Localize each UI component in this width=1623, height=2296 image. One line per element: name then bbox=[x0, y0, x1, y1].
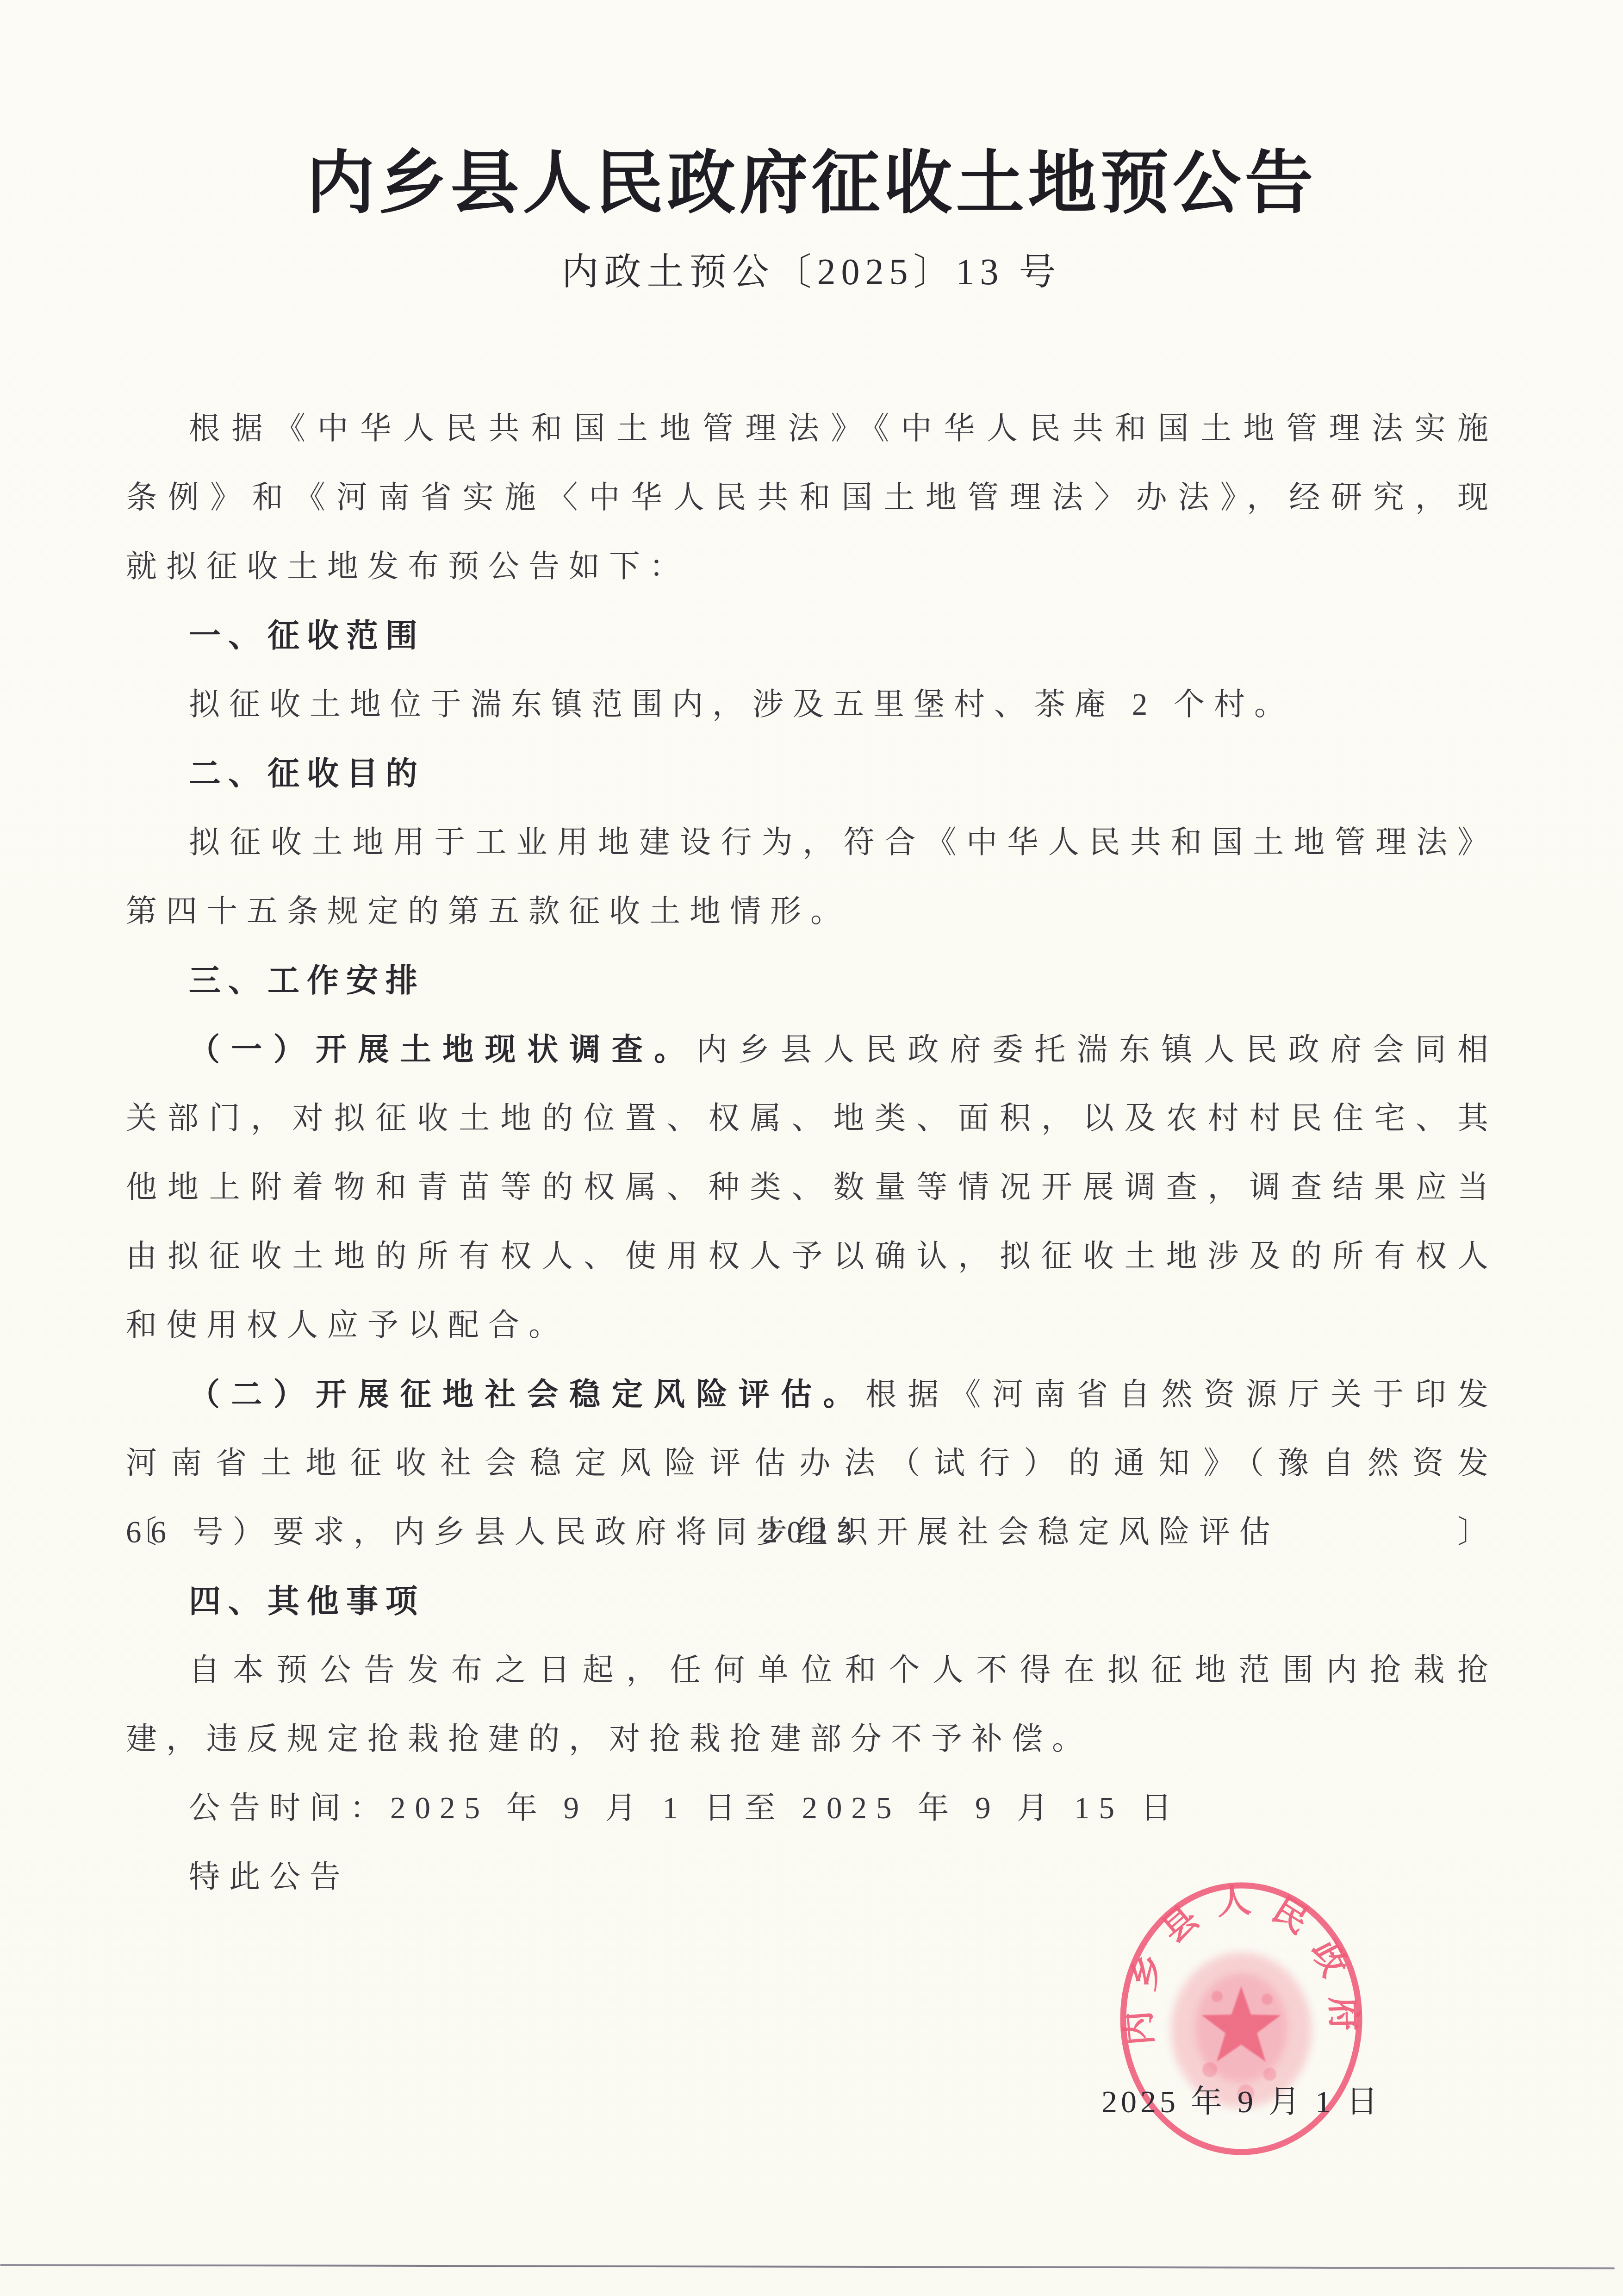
body-line: 由拟征收土地的所有权人、使用权人予以确认，拟征收土地涉及的所有权人 bbox=[126, 1222, 1498, 1291]
body-line-text: 拟征收土地用于工业用地建设行为，符合《中华人民共和国土地管理法》 bbox=[189, 825, 1498, 860]
body-line: 建，违反规定抢栽抢建的，对抢栽抢建部分不予补偿。 bbox=[126, 1705, 1498, 1774]
scan-artifact-line bbox=[0, 2264, 1615, 2269]
body-line-bold-lead: （一）开展土地现状调查。 bbox=[189, 1032, 696, 1067]
body-line: 自本预公告发布之日起，任何单位和个人不得在拟征地范围内抢栽抢 bbox=[126, 1636, 1498, 1705]
body-line: 他地上附着物和青苗等的权属、种类、数量等情况开展调查，调查结果应当 bbox=[126, 1153, 1498, 1222]
body-line-text: 根据《河南省自然资源厅关于印发 bbox=[865, 1378, 1498, 1412]
body-line-text: 内乡县人民政府委托湍东镇人民政府会同相 bbox=[696, 1033, 1498, 1067]
body-line: 三、工作安排 bbox=[126, 946, 1498, 1015]
page-title: 内乡县人民政府征收土地预公告 bbox=[0, 144, 1623, 223]
body-line: （一）开展土地现状调查。内乡县人民政府委托湍东镇人民政府会同相 bbox=[126, 1015, 1498, 1084]
body-line-text: 关部门，对拟征收土地的位置、权属、地类、面积，以及农村村民住宅、其 bbox=[126, 1101, 1498, 1136]
body-line-text: 二、征收目的 bbox=[189, 756, 425, 792]
body-line-text: 由拟征收土地的所有权人、使用权人予以确认，拟征收土地涉及的所有权人 bbox=[126, 1239, 1498, 1273]
document-number: 内政土预公〔2025〕13 号 bbox=[0, 248, 1623, 296]
body-line-text: 自本预公告发布之日起，任何单位和个人不得在拟征地范围内抢栽抢 bbox=[189, 1653, 1498, 1687]
body-line-text: 四、其他事项 bbox=[189, 1584, 425, 1619]
body-line: 二、征收目的 bbox=[126, 739, 1498, 808]
body-line-text: 拟征收土地位于湍东镇范围内，涉及五里堡村、茶庵 2 个村。 bbox=[189, 687, 1294, 722]
body-line: 就拟征收土地发布预公告如下： bbox=[126, 532, 1498, 601]
body-line-text: 条例》和《河南省实施〈中华人民共和国土地管理法〉办法》，经研究，现 bbox=[126, 480, 1498, 515]
body-line-text: 特此公告 bbox=[189, 1860, 350, 1894]
body-line: （二）开展征地社会稳定风险评估。根据《河南省自然资源厅关于印发 bbox=[126, 1360, 1498, 1429]
body-line: 和使用权人应予以配合。 bbox=[126, 1291, 1498, 1360]
body-line: 四、其他事项 bbox=[126, 1567, 1498, 1636]
body-line: 第四十五条规定的第五款征收土地情形。 bbox=[126, 877, 1498, 946]
body-line-text: 根据《中华人民共和国土地管理法》《中华人民共和国土地管理法实施 bbox=[189, 412, 1498, 446]
body-line: 河南省土地征收社会稳定风险评估办法（试行）的通知》（豫自然资发〔2023〕 bbox=[126, 1429, 1498, 1498]
body-line-text: 建，违反规定抢栽抢建的，对抢栽抢建部分不予补偿。 bbox=[126, 1722, 1092, 1756]
body-line-text: 他地上附着物和青苗等的权属、种类、数量等情况开展调查，调查结果应当 bbox=[126, 1170, 1498, 1204]
body-line-bold-lead: （二）开展征地社会稳定风险评估。 bbox=[189, 1377, 865, 1412]
document-body: 根据《中华人民共和国土地管理法》《中华人民共和国土地管理法实施条例》和《河南省实… bbox=[126, 394, 1498, 1912]
body-line-text: 第四十五条规定的第五款征收土地情形。 bbox=[126, 894, 851, 929]
body-line: 一、征收范围 bbox=[126, 601, 1498, 670]
body-line: 公告时间：2025 年 9 月 1 日至 2025 年 9 月 15 日 bbox=[126, 1774, 1498, 1843]
announcement-page: 内乡县人民政府征收土地预公告 内政土预公〔2025〕13 号 根据《中华人民共和… bbox=[0, 0, 1623, 2296]
body-line-text: 和使用权人应予以配合。 bbox=[126, 1308, 569, 1342]
body-line: 拟征收土地位于湍东镇范围内，涉及五里堡村、茶庵 2 个村。 bbox=[126, 670, 1498, 739]
body-line: 条例》和《河南省实施〈中华人民共和国土地管理法〉办法》，经研究，现 bbox=[126, 463, 1498, 532]
body-line-text: 66 号）要求，内乡县人民政府将同步组织开展社会稳定风险评估 bbox=[126, 1515, 1280, 1549]
body-line: 根据《中华人民共和国土地管理法》《中华人民共和国土地管理法实施 bbox=[126, 394, 1498, 463]
body-line-text: 就拟征收土地发布预公告如下： bbox=[126, 549, 690, 584]
body-line-text: 公告时间：2025 年 9 月 1 日至 2025 年 9 月 15 日 bbox=[189, 1791, 1181, 1825]
body-line: 关部门，对拟征收土地的位置、权属、地类、面积，以及农村村民住宅、其 bbox=[126, 1084, 1498, 1153]
body-line-text: 一、征收范围 bbox=[189, 618, 425, 654]
issue-date: 2025 年 9 月 1 日 bbox=[1101, 2083, 1381, 2121]
body-line: 拟征收土地用于工业用地建设行为，符合《中华人民共和国土地管理法》 bbox=[126, 808, 1498, 877]
body-line-text: 三、工作安排 bbox=[189, 963, 425, 998]
